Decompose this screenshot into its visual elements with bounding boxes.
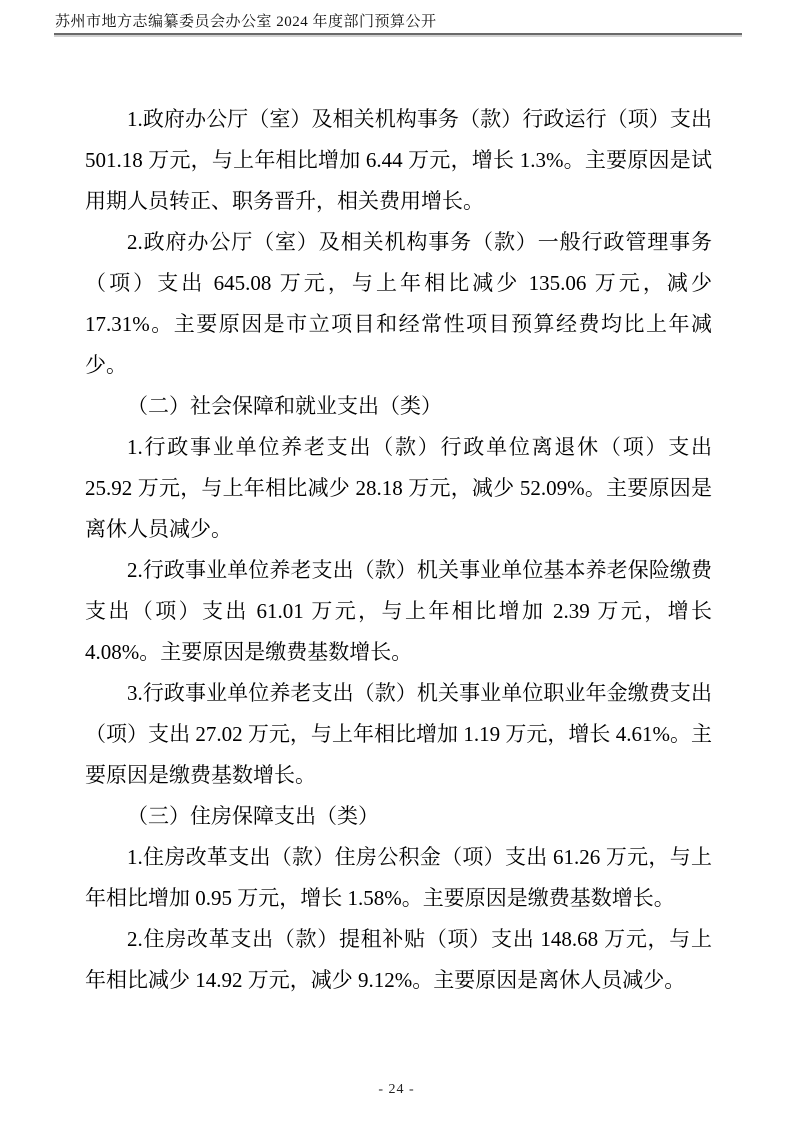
body-paragraph: 1.政府办公厅（室）及相关机构事务（款）行政运行（项）支出 501.18 万元，…	[85, 99, 712, 222]
body-paragraph: 2.行政事业单位养老支出（款）机关事业单位基本养老保险缴费支出（项）支出 61.…	[85, 550, 712, 673]
header-title: 苏州市地方志编纂委员会办公室 2024 年度部门预算公开	[55, 13, 743, 32]
body-paragraph: 1.行政事业单位养老支出（款）行政单位离退休（项）支出 25.92 万元，与上年…	[85, 427, 712, 550]
body-paragraph: 3.行政事业单位养老支出（款）机关事业单位职业年金缴费支出（项）支出 27.02…	[85, 673, 712, 796]
header-rule	[54, 33, 742, 35]
section-heading-social-security: （二）社会保障和就业支出（类）	[85, 386, 712, 427]
body-paragraph: 1.住房改革支出（款）住房公积金（项）支出 61.26 万元，与上年相比增加 0…	[85, 837, 712, 919]
body-paragraph: 2.政府办公厅（室）及相关机构事务（款）一般行政管理事务（项）支出 645.08…	[85, 222, 712, 386]
section-heading-housing-security: （三）住房保障支出（类）	[85, 796, 712, 837]
document-body: 1.政府办公厅（室）及相关机构事务（款）行政运行（项）支出 501.18 万元，…	[85, 99, 712, 1001]
body-paragraph: 2.住房改革支出（款）提租补贴（项）支出 148.68 万元，与上年相比减少 1…	[85, 919, 712, 1001]
page-number: - 24 -	[0, 1082, 793, 1098]
